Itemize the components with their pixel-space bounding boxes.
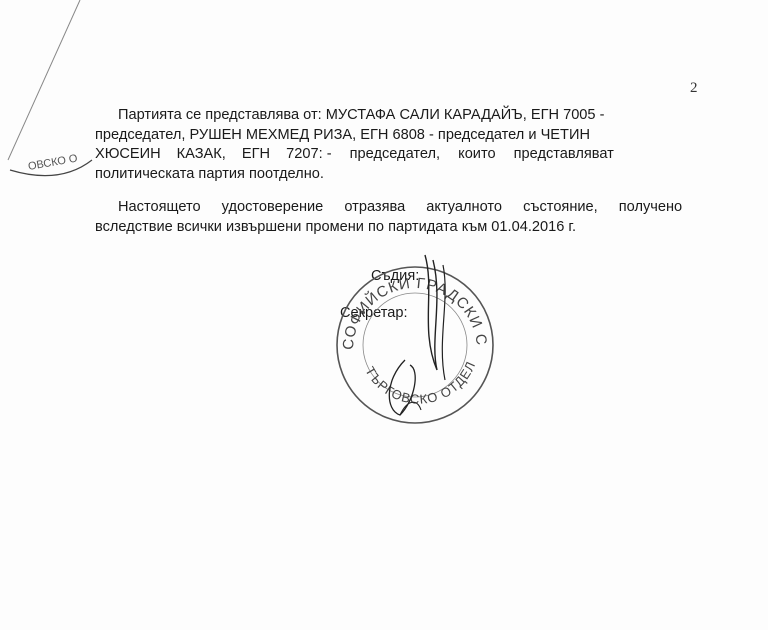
- para1-line-2: председател, РУШЕН МЕХМЕД РИЗА, ЕГН 6808…: [95, 126, 718, 146]
- para1-line-1: Партията се представлява от: МУСТАФА САЛ…: [118, 106, 718, 126]
- paragraph-certificate: Настоящето удостоверение отразява актуал…: [118, 198, 718, 237]
- partial-stamp-text: ОВСКО О: [27, 152, 79, 173]
- paragraph-representatives: Партията се представлява от: МУСТАФА САЛ…: [118, 106, 718, 184]
- para1-line-4: политическата партия поотделно.: [95, 165, 718, 185]
- judge-label: Съдия:: [371, 268, 419, 284]
- para2-line-1: Настоящето удостоверение отразява актуал…: [118, 198, 718, 218]
- secretary-label: Секретар:: [340, 305, 408, 321]
- page-number: 2: [690, 80, 698, 97]
- svg-text:СОФИЙСКИ ГРАДСКИ СЪД: СОФИЙСКИ ГРАДСКИ СЪД: [325, 250, 490, 350]
- stamp-top-text: СОФИЙСКИ ГРАДСКИ СЪД: [325, 250, 490, 350]
- para2-line-2: вследствие всички извършени промени по п…: [95, 218, 718, 238]
- para1-line-3: ХЮСЕИН КАЗАК, ЕГН 7207: - председател, к…: [95, 145, 718, 165]
